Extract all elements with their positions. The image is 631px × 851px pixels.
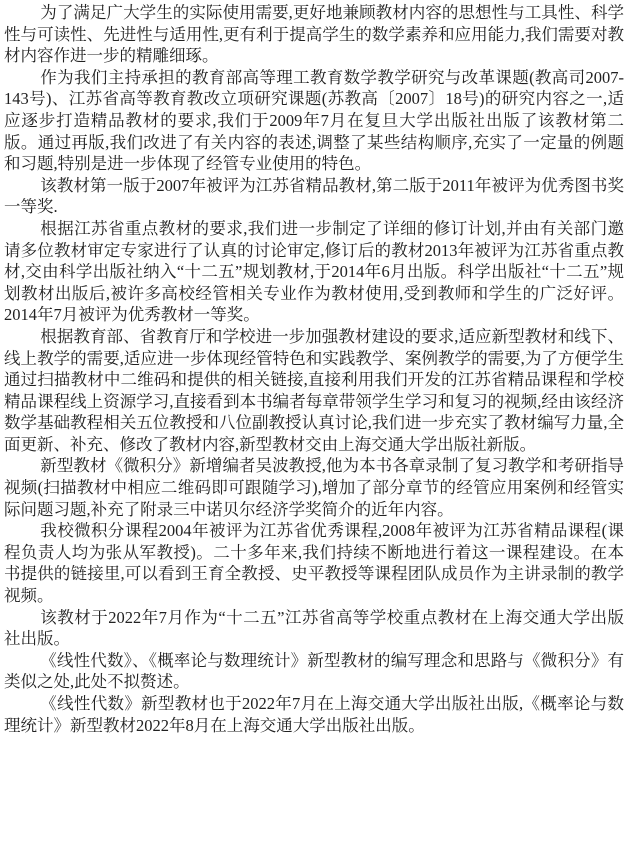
preface-paragraph: 为了满足广大学生的实际使用需要,更好地兼顾教材内容的思想性与工具性、科学性与可读… <box>4 2 624 67</box>
preface-paragraph: 《线性代数》、《概率论与数理统计》新型教材的编写理念和思路与《微积分》有类似之处… <box>4 650 624 693</box>
preface-paragraph: 我校微积分课程2004年被评为江苏省优秀课程,2008年被评为江苏省精品课程(课… <box>4 520 624 606</box>
preface-paragraph: 《线性代数》新型教材也于2022年7月在上海交通大学出版社出版,《概率论与数理统… <box>4 693 624 736</box>
paragraph-list: 为了满足广大学生的实际使用需要,更好地兼顾教材内容的思想性与工具性、科学性与可读… <box>4 2 624 736</box>
preface-paragraph: 根据教育部、省教育厅和学校进一步加强教材建设的要求,适应新型教材和线下、线上教学… <box>4 326 624 456</box>
preface-paragraph: 作为我们主持承担的教育部高等理工教育数学教学研究与改革课题(教高司2007-14… <box>4 67 624 175</box>
preface-paragraph: 该教材于2022年7月作为“十二五”江苏省高等学校重点教材在上海交通大学出版社出… <box>4 607 624 650</box>
preface-paragraph: 新型教材《微积分》新增编者吴波教授,他为本书各章录制了复习教学和考研指导视频(扫… <box>4 455 624 520</box>
preface-paragraph: 根据江苏省重点教材的要求,我们进一步制定了详细的修订计划,并由有关部门邀请多位教… <box>4 218 624 326</box>
preface-paragraph: 该教材第一版于2007年被评为江苏省精品教材,第二版于2011年被评为优秀图书奖… <box>4 175 624 218</box>
document-page: 为了满足广大学生的实际使用需要,更好地兼顾教材内容的思想性与工具性、科学性与可读… <box>0 0 631 851</box>
